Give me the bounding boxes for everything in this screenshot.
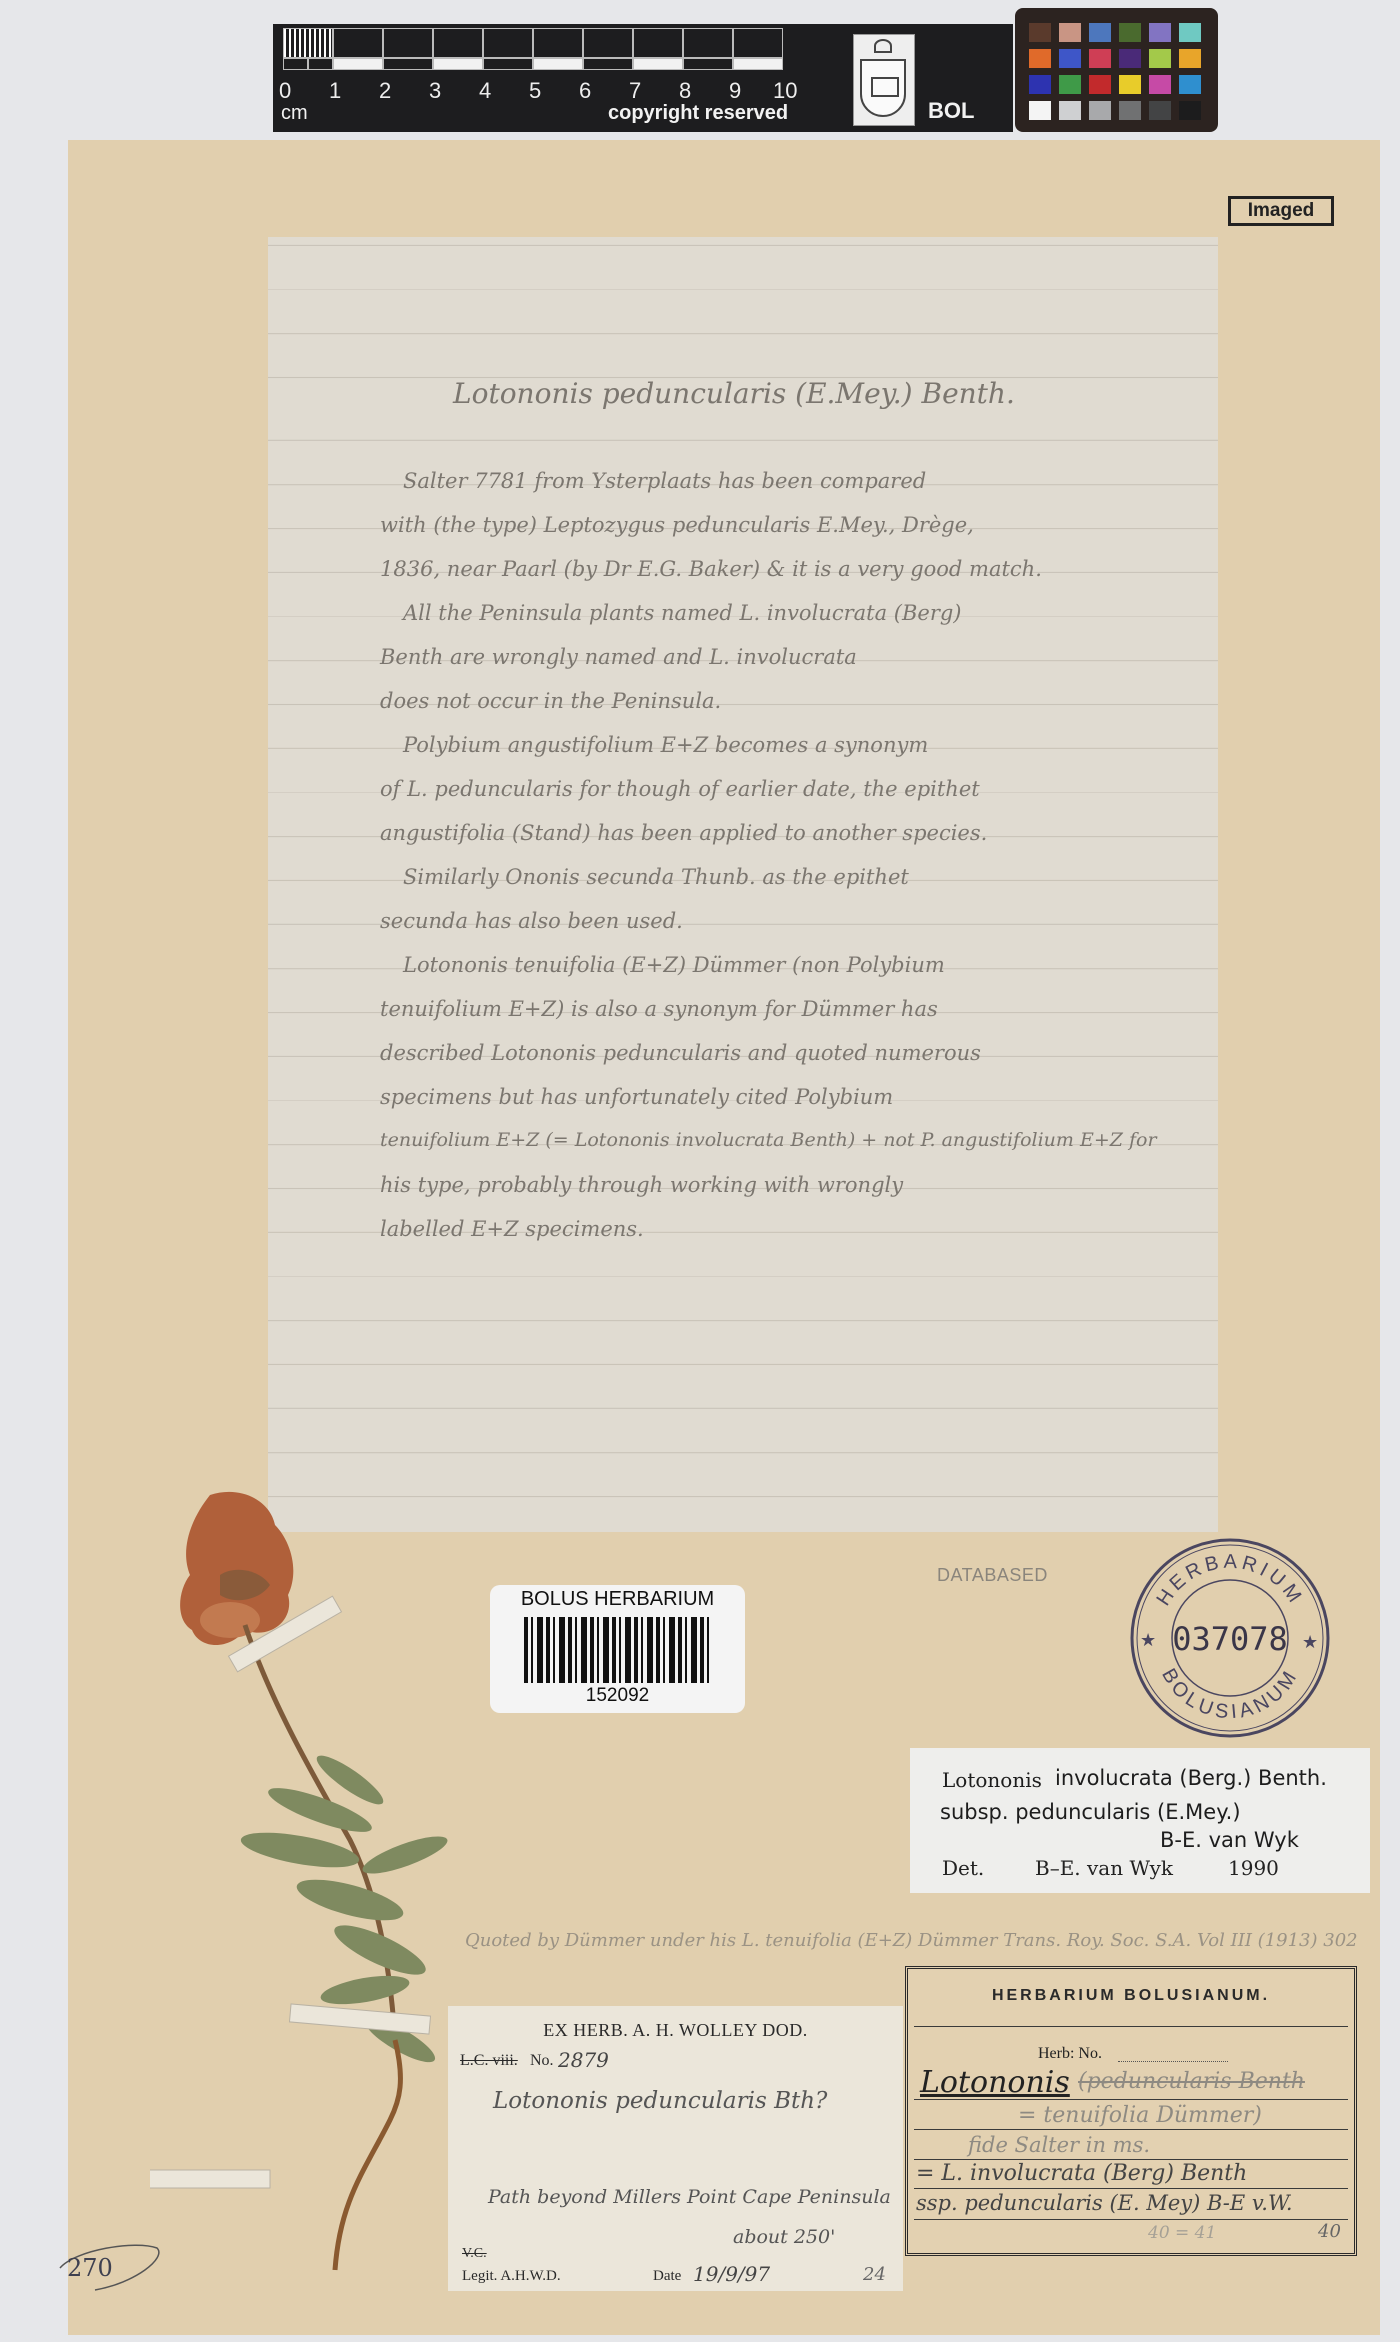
determination-label: Lotononis involucrata (Berg.) Benth. sub…	[910, 1748, 1370, 1893]
color-patch	[1029, 49, 1051, 68]
university-crest-icon	[853, 34, 915, 126]
collector-label: EX HERB. A. H. WOLLEY DOD. L.C. viii. No…	[448, 2006, 903, 2291]
color-patch	[1179, 49, 1201, 68]
note-line: his type, probably through working with …	[380, 1173, 903, 1197]
scale-number: 5	[529, 78, 541, 104]
note-line: specimens but has unfortunately cited Po…	[380, 1085, 893, 1109]
color-patch	[1089, 49, 1111, 68]
scale-number: 2	[379, 78, 391, 104]
scale-number: 1	[329, 78, 341, 104]
quoted-annotation: Quoted by Dümmer under his L. tenuifolia…	[465, 1930, 1358, 1951]
scale-bar: 0 1 2 3 4 5 6 7 8 9 10 cm copyright rese…	[273, 24, 1013, 132]
scale-number: 9	[729, 78, 741, 104]
color-patch	[1059, 23, 1081, 42]
det-name: B–E. van Wyk	[1035, 1856, 1173, 1880]
altitude: about 250'	[733, 2226, 835, 2248]
scale-number: 4	[479, 78, 491, 104]
note-line: tenuifolium E+Z (= Lotononis involucrata…	[380, 1129, 1157, 1151]
color-patch	[1029, 23, 1051, 42]
scale-number: 8	[679, 78, 691, 104]
note-line: tenuifolium E+Z) is also a synonym for D…	[380, 997, 938, 1021]
copyright-text: copyright reserved	[608, 102, 788, 125]
pressed-plant-specimen	[150, 1480, 480, 2280]
note-line: of L. peduncularis for though of earlier…	[380, 777, 980, 801]
scale-number: 10	[773, 78, 797, 104]
color-patch	[1089, 75, 1111, 94]
scale-number: 0	[279, 78, 291, 104]
date-value: 19/9/97	[693, 2262, 770, 2286]
det-subspecies: subsp. peduncularis (E.Mey.)	[940, 1800, 1241, 1824]
det-species: involucrata (Berg.) Benth.	[1055, 1766, 1327, 1790]
note-line: Similarly Ononis secunda Thunb. as the e…	[403, 865, 909, 889]
specimen-name: Lotononis peduncularis Bth?	[493, 2088, 827, 2114]
scale-number: 7	[629, 78, 641, 104]
struck-name: (peduncularis Benth	[1078, 2069, 1305, 2094]
mounting-strip	[289, 2004, 430, 2034]
color-patch	[1179, 101, 1201, 120]
note-title: Lotononis peduncularis (E.Mey.) Benth.	[453, 377, 1015, 410]
note-line: with (the type) Leptozygus peduncularis …	[380, 513, 974, 537]
det-label-text: Det.	[942, 1856, 984, 1880]
footer-note: 40 = 41	[1148, 2223, 1216, 2243]
color-patch	[1119, 101, 1141, 120]
legit: Legit. A.H.W.D.	[462, 2268, 561, 2285]
handwritten-note: Lotononis peduncularis (E.Mey.) Benth. S…	[268, 237, 1218, 1532]
color-patch	[1029, 75, 1051, 94]
note-line: Lotononis tenuifolia (E+Z) Dümmer (non P…	[403, 953, 945, 977]
imaged-stamp: Imaged	[1228, 196, 1334, 226]
stamp-number: 037078	[1172, 1620, 1288, 1658]
current-subspecies: ssp. peduncularis (E. Mey) B-E v.W.	[916, 2191, 1293, 2215]
color-patch	[1149, 75, 1171, 94]
corner-number: 24	[863, 2264, 886, 2285]
color-patch	[1149, 23, 1171, 42]
book-icon	[871, 77, 899, 97]
barcode-label: BOLUS HERBARIUM 152092	[490, 1585, 745, 1713]
note-line: secunda has also been used.	[380, 909, 683, 933]
color-patch	[1089, 23, 1111, 42]
collection-number: 2879	[558, 2048, 609, 2072]
lamp-icon	[874, 39, 892, 53]
color-patch	[1179, 75, 1201, 94]
fide-line: fide Salter in ms.	[968, 2133, 1150, 2157]
note-line: labelled E+Z specimens.	[380, 1217, 644, 1241]
herbarium-label: HERBARIUM BOLUSIANUM. Herb: No. Lotononi…	[905, 1966, 1357, 2256]
color-patch	[1059, 49, 1081, 68]
color-patch	[1059, 75, 1081, 94]
barcode-number: 152092	[490, 1685, 745, 1707]
herb-no-label: Herb: No.	[1038, 2045, 1102, 2063]
color-patch	[1119, 23, 1141, 42]
scale-number: 3	[429, 78, 441, 104]
genus: Lotononis	[920, 2065, 1070, 2100]
circled-sheet-number: 270	[55, 2238, 165, 2294]
note-line: angustifolia (Stand) has been applied to…	[380, 821, 987, 845]
color-checker	[1015, 8, 1218, 132]
current-name: = L. involucrata (Berg) Benth	[916, 2161, 1247, 2186]
det-author: B-E. van Wyk	[1160, 1828, 1299, 1852]
flower-head	[180, 1492, 293, 1645]
star-icon: ★	[1140, 1630, 1156, 1651]
note-line: described Lotononis peduncularis and quo…	[380, 1041, 981, 1065]
synonym-line: = tenuifolia Dümmer)	[1018, 2103, 1262, 2128]
color-patch	[1119, 49, 1141, 68]
no-label: No.	[530, 2052, 554, 2070]
note-line: 1836, near Paarl (by Dr E.G. Baker) & it…	[380, 557, 1042, 581]
note-line: Salter 7781 from Ysterplaats has been co…	[403, 469, 926, 493]
databased-stamp: DATABASED	[937, 1565, 1048, 1586]
corner-number: 40	[1318, 2221, 1341, 2242]
date-label: Date	[653, 2268, 681, 2285]
color-patch	[1119, 75, 1141, 94]
scale-number: 6	[579, 78, 591, 104]
svg-text:BOLUSIANUM: BOLUSIANUM	[1157, 1665, 1303, 1724]
locality: Path beyond Millers Point Cape Peninsula	[488, 2186, 891, 2208]
color-patch	[1149, 49, 1171, 68]
det-genus: Lotononis	[942, 1768, 1042, 1792]
color-patch	[1149, 101, 1171, 120]
color-patch	[1029, 101, 1051, 120]
color-patch	[1089, 101, 1111, 120]
barcode-icon	[524, 1617, 712, 1683]
color-patch	[1059, 101, 1081, 120]
color-patch	[1179, 23, 1201, 42]
collector-label-title: EX HERB. A. H. WOLLEY DOD.	[448, 2020, 903, 2041]
barcode-title: BOLUS HERBARIUM	[490, 1588, 745, 1611]
note-line: Polybium angustifolium E+Z becomes a syn…	[403, 733, 928, 757]
star-icon: ★	[1302, 1632, 1318, 1653]
struck-prefix: L.C. viii.	[460, 2052, 518, 2070]
note-line: does not occur in the Peninsula.	[380, 689, 721, 713]
stamp-bottom-text: BOLUSIANUM	[1157, 1665, 1303, 1724]
herbarium-label-title: HERBARIUM BOLUSIANUM.	[908, 1987, 1354, 2005]
scale-ticks	[283, 28, 783, 72]
struck-vc: V.C.	[462, 2246, 487, 2262]
shield-icon	[860, 59, 906, 117]
note-line: All the Peninsula plants named L. involu…	[403, 601, 962, 625]
herb-no-field	[1118, 2061, 1228, 2062]
scale-unit: cm	[281, 102, 308, 125]
note-line: Benth are wrongly named and L. involucra…	[380, 645, 857, 669]
accession-stamp: HERBARIUM BOLUSIANUM 037078 ★ ★	[1128, 1536, 1332, 1740]
mounting-strip	[150, 2170, 270, 2188]
institution-code: BOL	[928, 98, 974, 124]
det-year: 1990	[1228, 1856, 1279, 1880]
sheet-number: 270	[67, 2254, 113, 2282]
